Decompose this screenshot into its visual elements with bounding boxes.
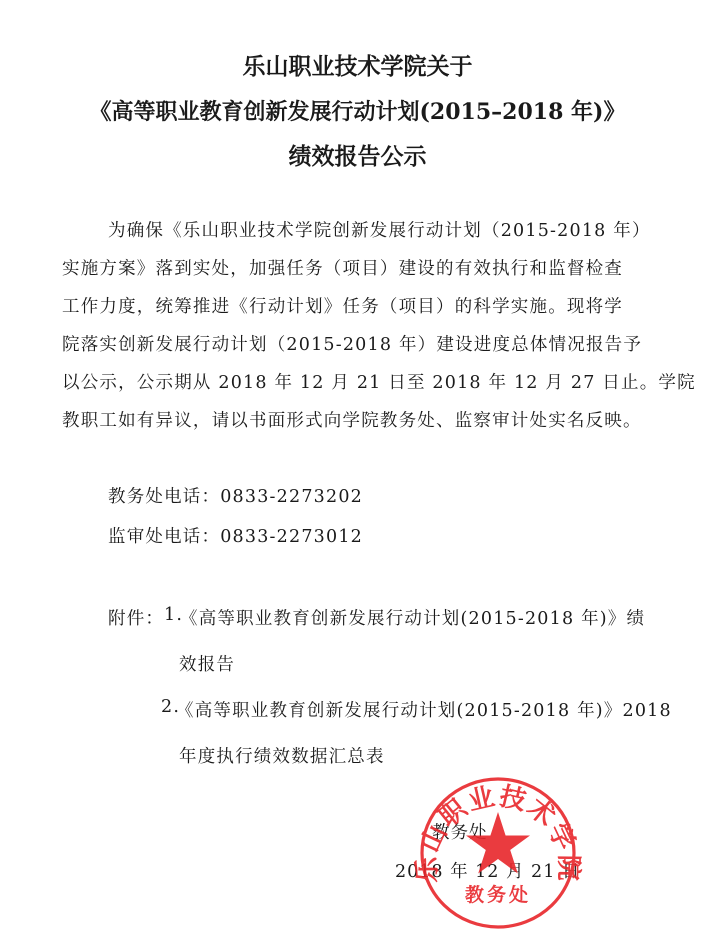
body-line: 以公示，公示期从 2018 年 12 月 21 日至 2018 年 12 月 2… [62, 366, 696, 401]
contact-phone: 0833-2273012 [220, 527, 363, 547]
document-title-line-3: 绩效报告公示 [0, 138, 715, 171]
body-line: 院落实创新发展行动计划（2015-2018 年）建设进度总体情况报告予 [62, 328, 642, 363]
attachment-1-title-cont: 效报告 [179, 651, 235, 676]
attachment-2-title-cont: 年度执行绩效数据汇总表 [179, 743, 385, 768]
body-line: 为确保《乐山职业技术学院创新发展行动计划（2015-2018 年） [108, 214, 651, 249]
body-line: 实施方案》落到实处，加强任务（项目）建设的有效执行和监督检查 [62, 252, 623, 287]
body-line: 教职工如有异议，请以书面形式向学院教务处、监察审计处实名反映。 [62, 404, 642, 439]
contact-audit-office: 监审处电话：0833-2273012 [108, 523, 363, 548]
contact-academic-affairs: 教务处电话：0833-2273202 [108, 483, 363, 508]
seal-inner-text: 教务处 [465, 883, 531, 906]
contact-label: 教务处电话： [108, 487, 220, 507]
contact-phone: 0833-2273202 [220, 487, 363, 507]
document-title-line-1: 乐山职业技术学院关于 [0, 48, 715, 81]
document-title-line-2: 《高等职业教育创新发展行动计划(2015–2018 年)》 [0, 95, 715, 126]
body-line: 工作力度，统筹推进《行动计划》任务（项目）的科学实施。现将学 [62, 290, 623, 325]
attachments-label: 附件： [108, 605, 164, 630]
star-icon [466, 812, 530, 874]
official-seal-stamp: 乐山职业技术学院 教务处 [413, 774, 583, 932]
contact-label: 监审处电话： [108, 527, 220, 547]
attachment-1-title: 《高等职业教育创新发展行动计划(2015-2018 年)》绩 [180, 605, 645, 630]
attachment-2-title: 《高等职业教育创新发展行动计划(2015-2018 年)》2018 [176, 697, 672, 722]
